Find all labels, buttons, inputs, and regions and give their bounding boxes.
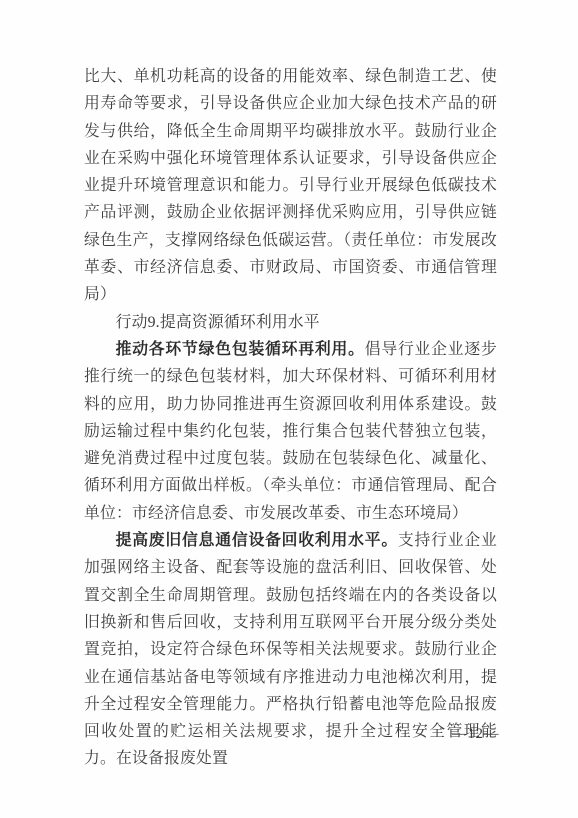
- action-9-heading: 行动9.提高资源循环利用水平: [84, 309, 497, 336]
- paragraph-body-green-packaging: 倡导行业企业逐步推行统一的绿色包装材料，加大环保材料、可循环利用材料的应用，助力…: [84, 341, 497, 522]
- paragraph-green-packaging: 推动各环节绿色包装循环再利用。倡导行业企业逐步推行统一的绿色包装材料，加大环保材…: [84, 336, 497, 527]
- paragraph-lead-green-packaging: 推动各环节绿色包装循环再利用。: [116, 341, 365, 358]
- page-number: —12—: [452, 724, 499, 744]
- paragraph-lead-equipment-recycling: 提高废旧信息通信设备回收利用水平。: [116, 532, 398, 549]
- text-block: 比大、单机功耗高的设备的用能效率、绿色制造工艺、使用寿命等要求，引导设备供应企业…: [84, 63, 497, 773]
- paragraph-body-equipment-recycling: 支持行业企业加强网络主设备、配套等设施的盘活利旧、回收保管、处置交割全生命周期管…: [84, 532, 497, 767]
- document-page: 比大、单机功耗高的设备的用能效率、绿色制造工艺、使用寿命等要求，引导设备供应企业…: [0, 0, 578, 818]
- paragraph-continuation: 比大、单机功耗高的设备的用能效率、绿色制造工艺、使用寿命等要求，引导设备供应企业…: [84, 63, 497, 309]
- paragraph-equipment-recycling: 提高废旧信息通信设备回收利用水平。支持行业企业加强网络主设备、配套等设施的盘活利…: [84, 527, 497, 773]
